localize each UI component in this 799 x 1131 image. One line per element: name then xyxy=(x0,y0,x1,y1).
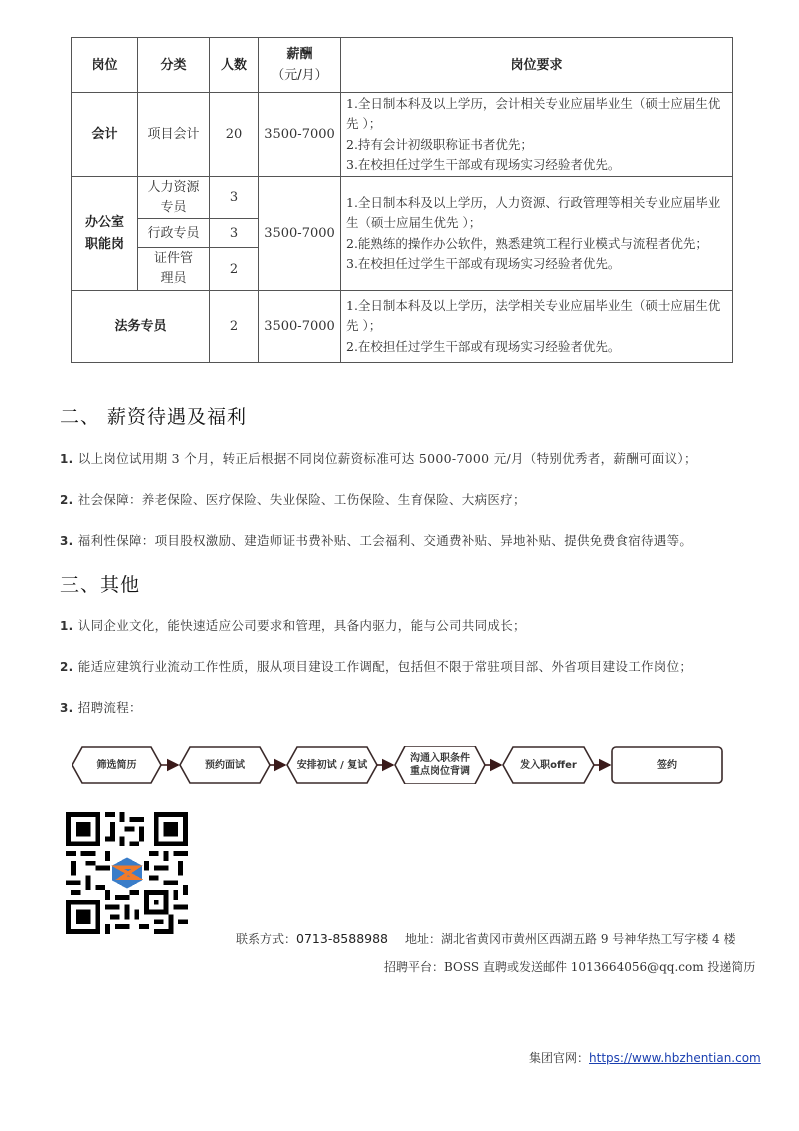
job-table: 岗位 分类 人数 薪酬 （元/月） 岗位要求 会计 项目会计 20 3500-7… xyxy=(71,37,733,363)
cell-category: 项目会计 xyxy=(138,93,210,177)
section-title-other: 三、其他 xyxy=(60,570,140,597)
flow-step-send-offer: 发入职offer xyxy=(503,746,594,784)
flow-step-schedule-interview: 预约面试 xyxy=(180,746,270,784)
qr-code-image xyxy=(66,812,188,934)
flow-step-sign-contract: 签约 xyxy=(612,746,722,784)
contact-phone: 联系方式：0713-8588988 xyxy=(236,930,388,947)
cell-position: 会计 xyxy=(72,93,138,177)
cell-salary: 3500-7000 xyxy=(259,93,341,177)
cell-headcount: 3 xyxy=(210,219,259,248)
item-text: 能适应建筑行业流动工作性质，服从项目建设工作调配，包括但不限于常驻项目部、外省项… xyxy=(78,659,692,674)
cell-position: 办公室职能岗 xyxy=(72,177,138,291)
flow-step-line: 重点岗位背调 xyxy=(410,765,470,778)
flow-step-line: 沟通入职条件 xyxy=(410,752,470,765)
header-position: 岗位 xyxy=(72,38,138,93)
benefit-item: 3. 福利性保障：项目股权激励、建造师证书费补贴、工会福利、交通费补贴、异地补贴… xyxy=(60,531,692,549)
contact-address: 地址：湖北省黄冈市黄州区西湖五路 9 号神华热工写字楼 4 楼 xyxy=(405,930,736,947)
site-link[interactable]: https://www.hbzhentian.com xyxy=(589,1051,761,1065)
cell-category-text: 人力资源专员 xyxy=(146,178,201,218)
platform-text: BOSS 直聘或发送邮件 1013664056@qq.com 投递简历 xyxy=(444,960,755,974)
item-text: 认同企业文化，能快速适应公司要求和管理，具备内驱力，能与公司共同成长； xyxy=(78,618,526,633)
group-website: 集团官网：https://www.hbzhentian.com xyxy=(529,1049,761,1066)
benefit-item: 2. 社会保障：养老保险、医疗保险、失业保险、工伤保险、生育保险、大病医疗； xyxy=(60,490,526,508)
header-salary-line1: 薪酬 xyxy=(259,44,340,65)
address-text: 湖北省黄冈市黄州区西湖五路 9 号神华热工写字楼 4 楼 xyxy=(441,932,736,946)
requirement-line: 1.全日制本科及以上学历，人力资源、行政管理等相关专业应届毕业生（硕士应届生优先… xyxy=(346,193,728,234)
recruitment-flow-diagram: 筛选简历 预约面试 安排初试 / 复试 沟通入职条件 重点岗位背调 发入职off… xyxy=(72,746,732,784)
other-item: 2. 能适应建筑行业流动工作性质，服从项目建设工作调配，包括但不限于常驻项目部、… xyxy=(60,657,692,675)
requirement-line: 3.在校担任过学生干部或有现场实习经验者优先。 xyxy=(346,254,728,275)
table-row: 办公室职能岗 人力资源专员 3 3500-7000 1.全日制本科及以上学历，人… xyxy=(72,177,733,219)
cell-position: 法务专员 xyxy=(72,291,210,363)
cell-category-text: 证件管理员 xyxy=(153,249,195,289)
header-salary-line2: （元/月） xyxy=(259,65,340,86)
cell-category: 行政专员 xyxy=(138,219,210,248)
cell-salary: 3500-7000 xyxy=(259,291,341,363)
requirement-line: 2.能熟练的操作办公软件，熟悉建筑工程行业模式与流程者优先； xyxy=(346,234,728,255)
cell-salary: 3500-7000 xyxy=(259,177,341,291)
cell-requirements: 1.全日制本科及以上学历，法学相关专业应届毕业生（硕士应届生优先 ）； 2.在校… xyxy=(341,291,733,363)
requirement-line: 2.持有会计初级职称证书者优先； xyxy=(346,135,728,156)
table-row: 会计 项目会计 20 3500-7000 1.全日制本科及以上学历，会计相关专业… xyxy=(72,93,733,177)
phone-label: 联系方式： xyxy=(236,932,296,946)
section-title-salary-benefits: 二、 薪资待遇及福利 xyxy=(60,402,247,429)
cell-headcount: 20 xyxy=(210,93,259,177)
requirement-line: 1.全日制本科及以上学历，会计相关专业应届毕业生（硕士应届生优先 ）； xyxy=(346,94,728,135)
cell-headcount: 2 xyxy=(210,291,259,363)
item-number: 2. xyxy=(60,493,74,507)
table-row: 法务专员 2 3500-7000 1.全日制本科及以上学历，法学相关专业应届毕业… xyxy=(72,291,733,363)
item-number: 3. xyxy=(60,534,74,548)
cell-category: 人力资源专员 xyxy=(138,177,210,219)
cell-position-text: 办公室职能岗 xyxy=(84,212,126,256)
item-text: 社会保障：养老保险、医疗保险、失业保险、工伤保险、生育保险、大病医疗； xyxy=(78,492,526,507)
header-category: 分类 xyxy=(138,38,210,93)
phone-number: 0713-8588988 xyxy=(296,931,388,946)
requirement-line: 2.在校担任过学生干部或有现场实习经验者优先。 xyxy=(346,337,728,358)
item-text: 福利性保障：项目股权激励、建造师证书费补贴、工会福利、交通费补贴、异地补贴、提供… xyxy=(78,533,692,548)
flow-step-onboarding-check: 沟通入职条件 重点岗位背调 xyxy=(395,746,485,784)
cell-headcount: 2 xyxy=(210,248,259,291)
cell-category: 证件管理员 xyxy=(138,248,210,291)
table-header-row: 岗位 分类 人数 薪酬 （元/月） 岗位要求 xyxy=(72,38,733,93)
requirement-line: 3.在校担任过学生干部或有现场实习经验者优先。 xyxy=(346,155,728,176)
item-text: 以上岗位试用期 3 个月，转正后根据不同岗位薪资标准可达 5000-7000 元… xyxy=(78,451,697,466)
flow-step-screen-resume: 筛选简历 xyxy=(72,746,161,784)
item-number: 1. xyxy=(60,619,74,633)
item-number: 1. xyxy=(60,452,74,466)
site-label: 集团官网： xyxy=(529,1051,589,1065)
cell-requirements: 1.全日制本科及以上学历，人力资源、行政管理等相关专业应届毕业生（硕士应届生优先… xyxy=(341,177,733,291)
requirement-line: 1.全日制本科及以上学历，法学相关专业应届毕业生（硕士应届生优先 ）； xyxy=(346,296,728,337)
item-text: 招聘流程： xyxy=(78,700,142,715)
other-item: 3. 招聘流程： xyxy=(60,698,142,716)
header-salary: 薪酬 （元/月） xyxy=(259,38,341,93)
item-number: 3. xyxy=(60,701,74,715)
platform-label: 招聘平台： xyxy=(384,960,444,974)
item-number: 2. xyxy=(60,660,74,674)
recruitment-platform: 招聘平台：BOSS 直聘或发送邮件 1013664056@qq.com 投递简历 xyxy=(384,958,755,975)
cell-headcount: 3 xyxy=(210,177,259,219)
header-requirements: 岗位要求 xyxy=(341,38,733,93)
address-label: 地址： xyxy=(405,932,441,946)
cell-requirements: 1.全日制本科及以上学历，会计相关专业应届毕业生（硕士应届生优先 ）； 2.持有… xyxy=(341,93,733,177)
benefit-item: 1. 以上岗位试用期 3 个月，转正后根据不同岗位薪资标准可达 5000-700… xyxy=(60,449,697,467)
flow-step-interviews: 安排初试 / 复试 xyxy=(287,746,377,784)
header-headcount: 人数 xyxy=(210,38,259,93)
other-item: 1. 认同企业文化，能快速适应公司要求和管理，具备内驱力，能与公司共同成长； xyxy=(60,616,526,634)
